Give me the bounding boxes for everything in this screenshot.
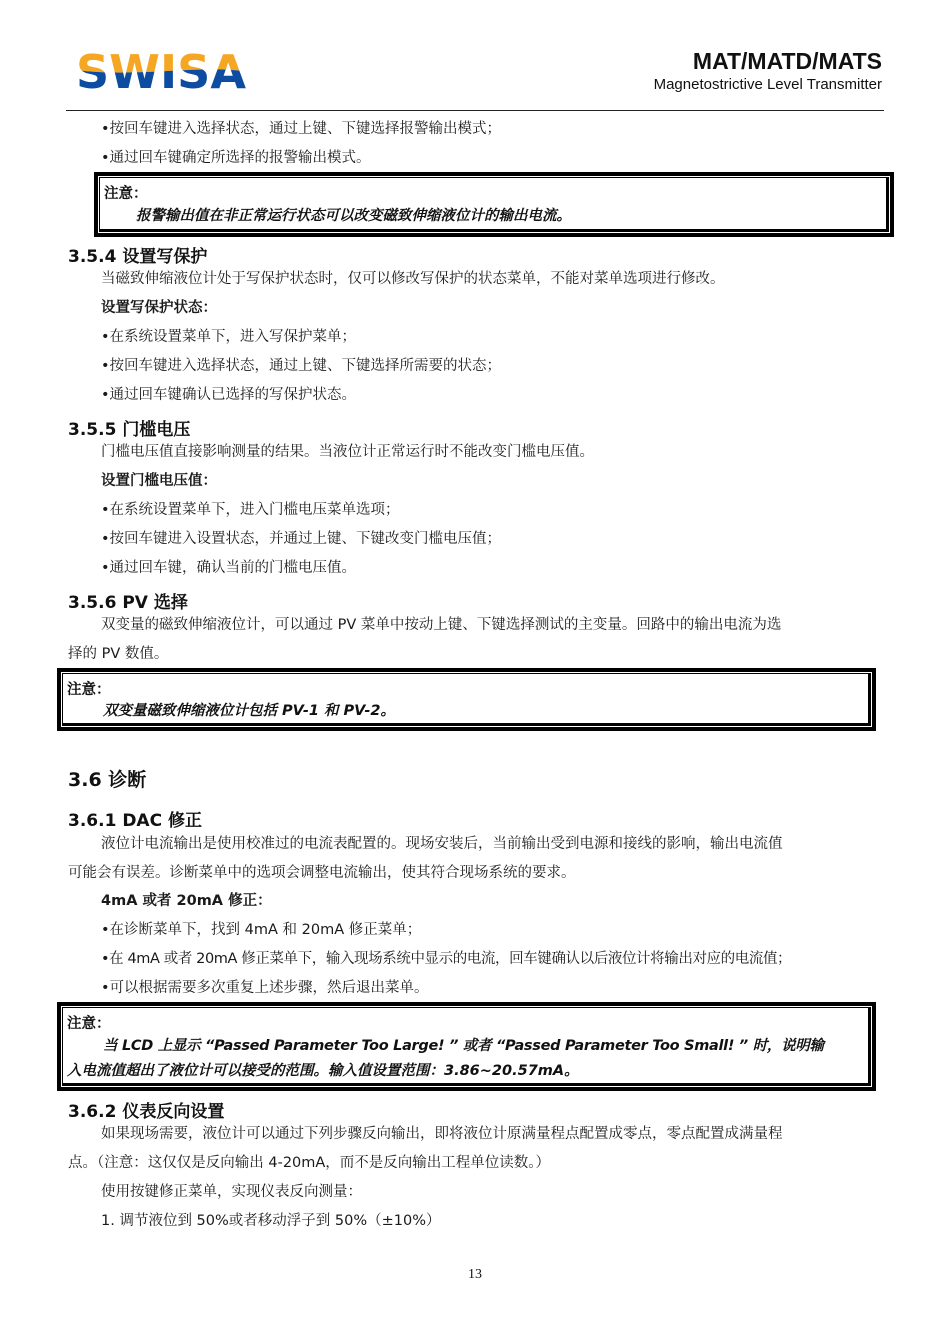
product-subtitle: Magnetostrictive Level Transmitter bbox=[654, 76, 882, 93]
note-label: 注意： bbox=[67, 1012, 111, 1033]
header-divider bbox=[66, 110, 884, 111]
paragraph: 液位计电流输出是使用校准过的电流表配置的。现场安装后，当前输出受到电源和接线的影… bbox=[101, 837, 783, 852]
section-heading-3-6-1: 3.6.1 DAC 修正 bbox=[68, 806, 202, 831]
bullet-item: •通过回车键确认已选择的写保护状态。 bbox=[101, 388, 356, 403]
product-title: MAT/MATD/MATS bbox=[693, 48, 882, 75]
note-text-continuation: 入电流值超出了液位计可以接受的范围。输入值设置范围：3.86~20.57mA。 bbox=[67, 1059, 579, 1084]
bullet-item: •在诊断菜单下，找到 4mA 和 20mA 修正菜单； bbox=[101, 923, 421, 938]
note-label: 注意： bbox=[67, 678, 111, 699]
section-heading-3-5-4: 3.5.4 设置写保护 bbox=[68, 242, 207, 267]
page-number: 13 bbox=[0, 1267, 950, 1283]
bullet-item: •在系统设置菜单下，进入门槛电压菜单选项； bbox=[101, 503, 400, 518]
paragraph: 如果现场需要，液位计可以通过下列步骤反向输出，即将液位计原满量程点配置成零点，零… bbox=[101, 1127, 783, 1142]
bullet-item: •按回车键进入选择状态，通过上键、下键选择报警输出模式； bbox=[101, 122, 501, 137]
subheading: 4mA 或者 20mA 修正： bbox=[101, 894, 272, 909]
note-text: 双变量磁致伸缩液位计包括 PV-1 和 PV-2。 bbox=[103, 699, 395, 724]
note-box: 注意： 报警输出值在非正常运行状态可以改变磁致伸缩液位计的输出电流。 bbox=[94, 172, 894, 237]
bullet-item: •按回车键进入设置状态，并通过上键、下键改变门槛电压值； bbox=[101, 532, 501, 547]
paragraph: 双变量的磁致伸缩液位计，可以通过 PV 菜单中按动上键、下键选择测试的主变量。回… bbox=[101, 618, 781, 633]
bullet-item: •在系统设置菜单下，进入写保护菜单； bbox=[101, 330, 356, 345]
section-heading-3-5-5: 3.5.5 门槛电压 bbox=[68, 415, 190, 440]
note-box: 注意： 双变量磁致伸缩液位计包括 PV-1 和 PV-2。 bbox=[57, 668, 876, 731]
bullet-item: •可以根据需要多次重复上述步骤，然后退出菜单。 bbox=[101, 981, 429, 996]
section-heading-3-6: 3.6 诊断 bbox=[68, 765, 146, 792]
paragraph: 门槛电压值直接影响测量的结果。当液位计正常运行时不能改变门槛电压值。 bbox=[101, 445, 594, 460]
numbered-step: 1. 调节液位到 50%或者移动浮子到 50%（±10%） bbox=[101, 1214, 441, 1229]
paragraph-continuation: 择的 PV 数值。 bbox=[68, 647, 168, 662]
subheading: 设置门槛电压值： bbox=[101, 474, 217, 489]
note-label: 注意： bbox=[104, 182, 148, 203]
swisa-logo: SWISA SWISA bbox=[76, 48, 248, 92]
note-text: 当 LCD 上显示 “Passed Parameter Too Large! ”… bbox=[103, 1034, 824, 1059]
note-box: 注意： 当 LCD 上显示 “Passed Parameter Too Larg… bbox=[57, 1002, 876, 1091]
section-heading-3-5-6: 3.5.6 PV 选择 bbox=[68, 588, 188, 613]
paragraph: 使用按键修正菜单，实现仪表反向测量： bbox=[101, 1185, 362, 1200]
paragraph-continuation: 可能会有误差。诊断菜单中的选项会调整电流输出，使其符合现场系统的要求。 bbox=[68, 866, 576, 881]
bullet-item: •通过回车键确定所选择的报警输出模式。 bbox=[101, 151, 371, 166]
note-text: 报警输出值在非正常运行状态可以改变磁致伸缩液位计的输出电流。 bbox=[136, 204, 571, 229]
subheading: 设置写保护状态： bbox=[101, 301, 217, 316]
paragraph-continuation: 点。（注意：这仅仅是反向输出 4-20mA，而不是反向输出工程单位读数。） bbox=[68, 1156, 550, 1171]
bullet-item: •在 4mA 或者 20mA 修正菜单下，输入现场系统中显示的电流，回车键确认以… bbox=[101, 952, 791, 967]
section-heading-3-6-2: 3.6.2 仪表反向设置 bbox=[68, 1097, 224, 1122]
bullet-item: •通过回车键，确认当前的门槛电压值。 bbox=[101, 561, 356, 576]
bullet-item: •按回车键进入选择状态，通过上键、下键选择所需要的状态； bbox=[101, 359, 501, 374]
paragraph: 当磁致伸缩液位计处于写保护状态时，仅可以修改写保护的状态菜单，不能对菜单选项进行… bbox=[101, 272, 725, 287]
